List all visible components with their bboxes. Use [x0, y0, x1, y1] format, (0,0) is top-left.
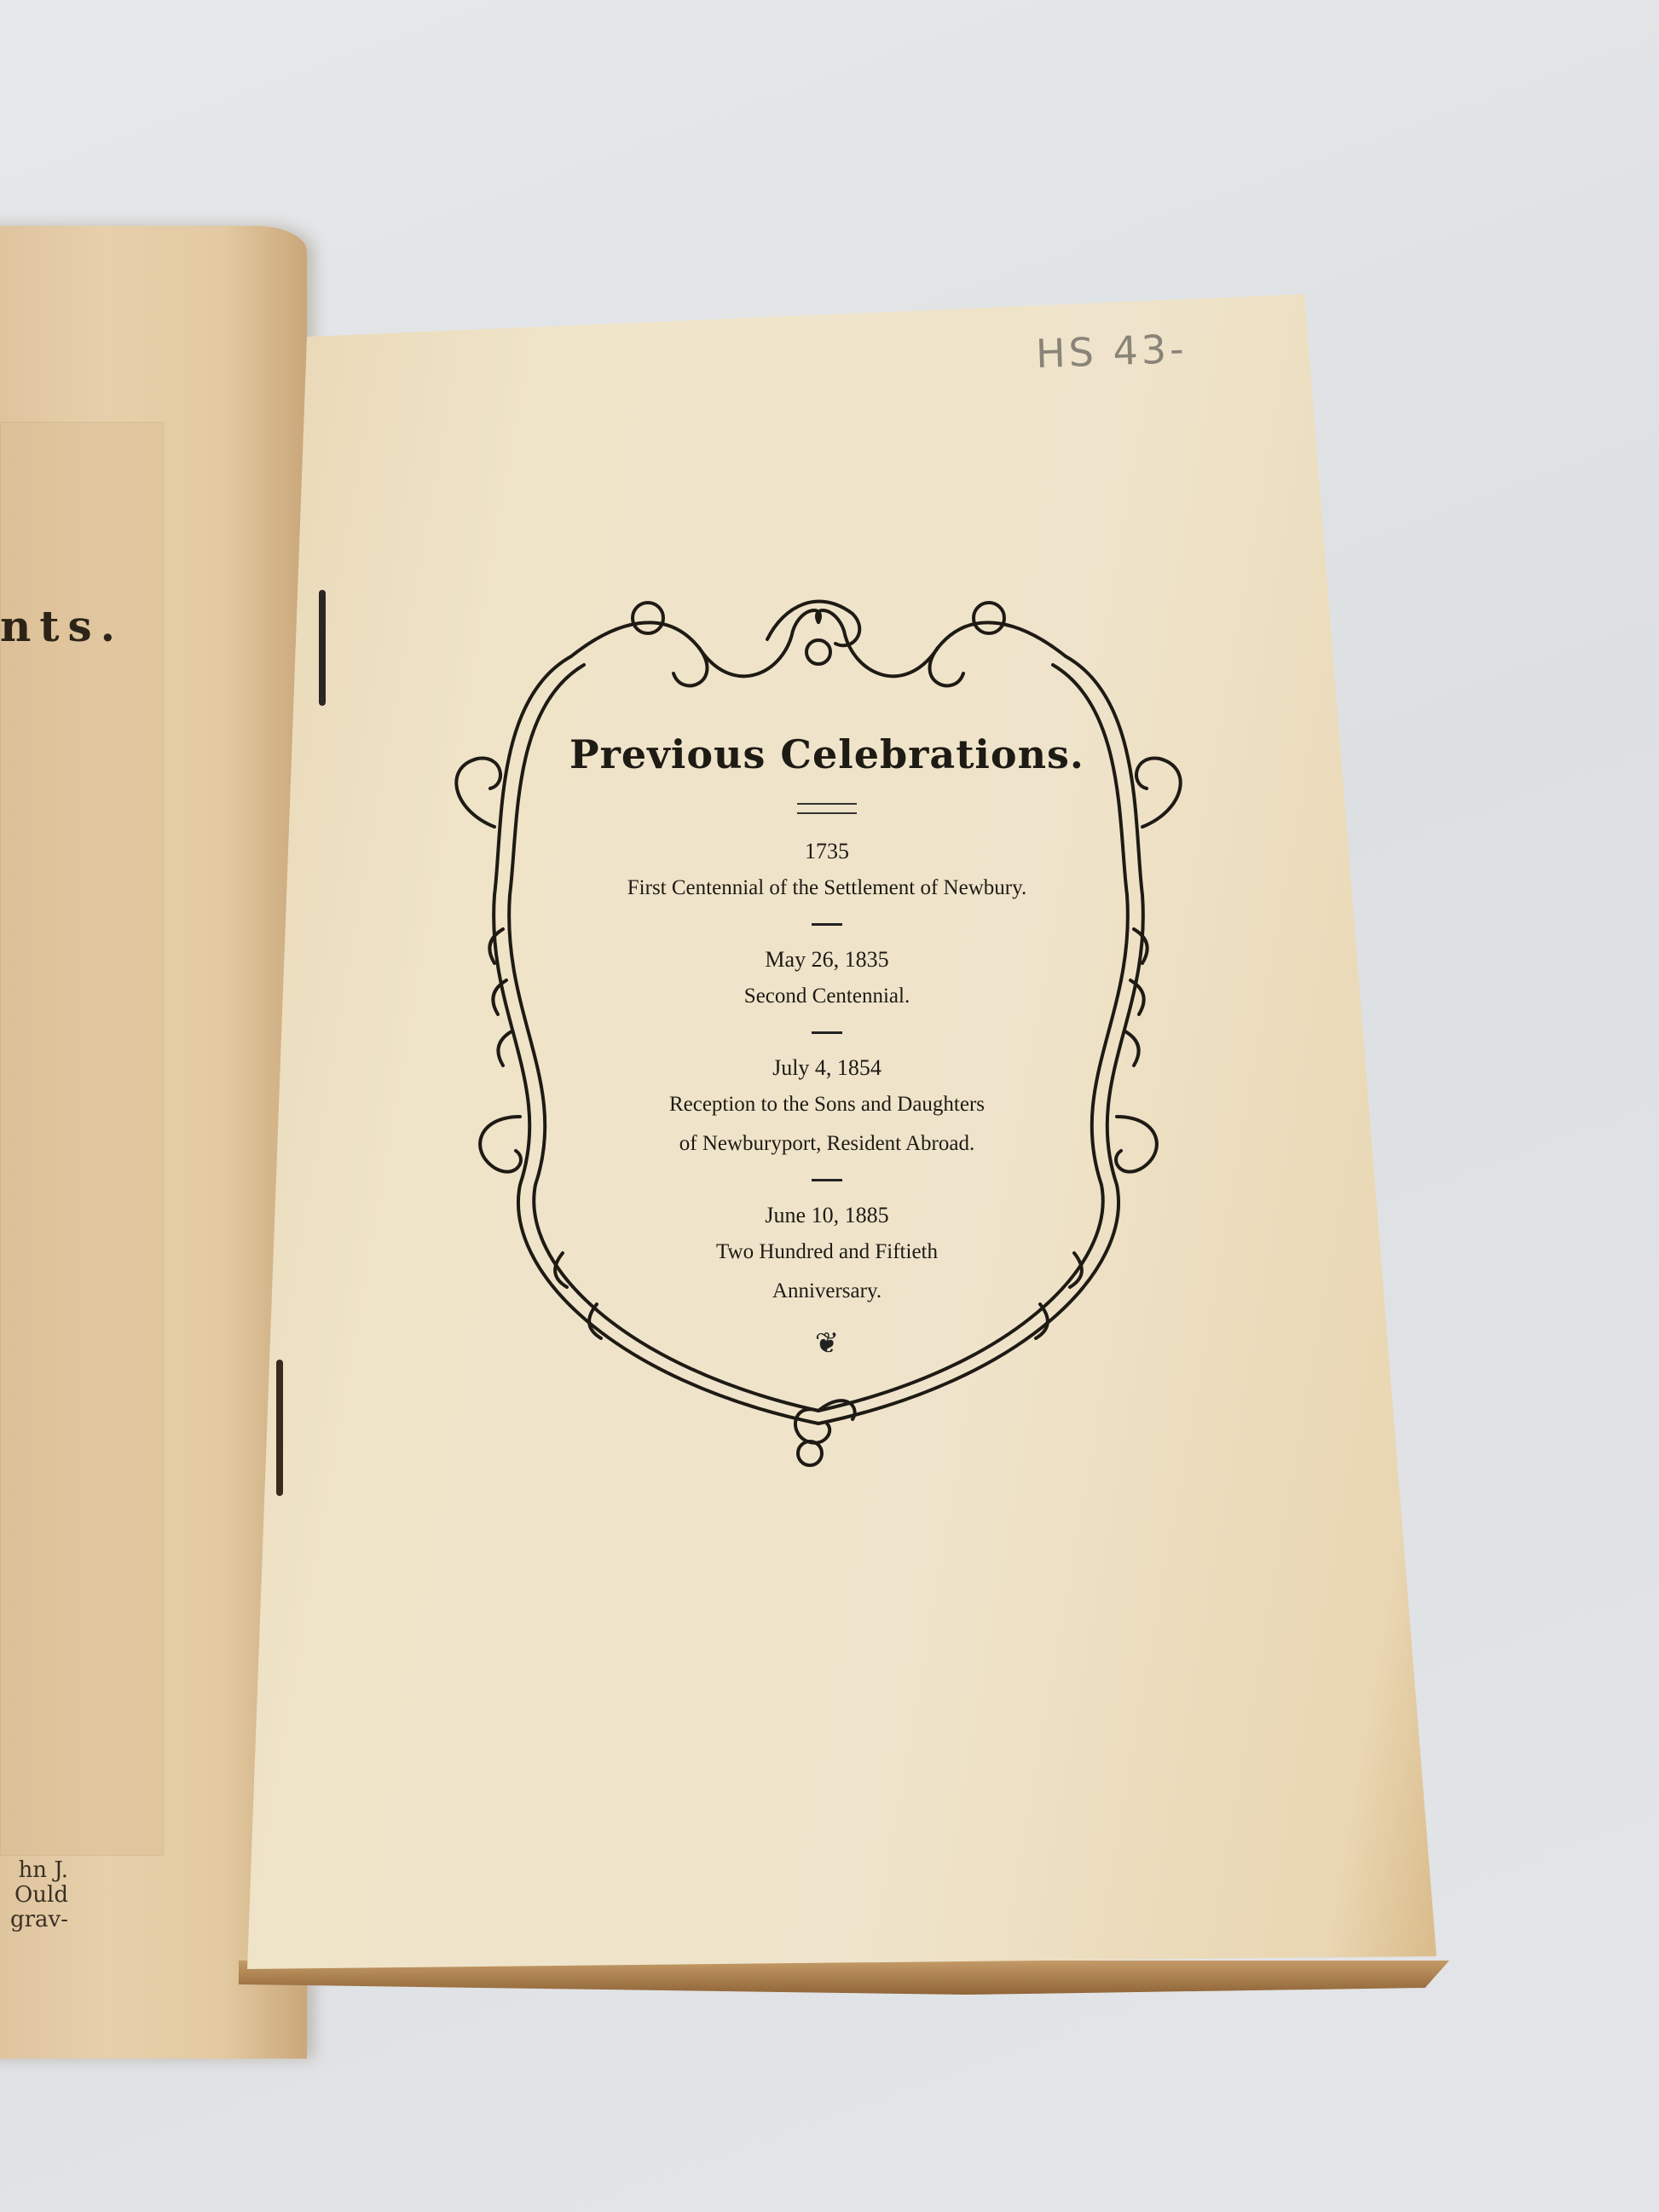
entry-description: Anniversary.: [546, 1272, 1108, 1311]
entry-date: July 4, 1854: [546, 1051, 1108, 1085]
left-page-text-fragments: hn J. Ould grav-: [0, 1858, 68, 1932]
title-double-rule: [797, 803, 857, 814]
photo-scene: nts. hn J. Ould grav- HS 43-: [0, 0, 1659, 2212]
entry-divider: [812, 923, 842, 926]
celebrations-list: Previous Celebrations. 1735 First Centen…: [546, 725, 1108, 1360]
staple-icon: [319, 590, 326, 706]
celebration-entry: July 4, 1854 Reception to the Sons and D…: [546, 1051, 1108, 1164]
entry-description: of Newburyport, Resident Abroad.: [546, 1124, 1108, 1164]
left-text-line: hn J.: [0, 1858, 68, 1883]
entry-divider: [812, 1031, 842, 1034]
entry-date: 1735: [546, 835, 1108, 869]
entry-description: Second Centennial.: [546, 977, 1108, 1016]
entry-date: May 26, 1835: [546, 943, 1108, 977]
fleuron-ornament-icon: ❦: [546, 1326, 1108, 1360]
celebration-entry: May 26, 1835 Second Centennial.: [546, 943, 1108, 1016]
handwritten-catalog-note: HS 43-: [1035, 326, 1188, 377]
left-text-line: grav-: [0, 1908, 68, 1932]
page-title: Previous Celebrations.: [546, 725, 1108, 784]
entry-description: Two Hundred and Fiftieth: [546, 1233, 1108, 1272]
left-page-heading-fragment: nts.: [0, 601, 124, 651]
entry-description: Reception to the Sons and Daughters: [546, 1085, 1108, 1124]
entry-description: First Centennial of the Settlement of Ne…: [546, 869, 1108, 908]
entry-divider: [812, 1179, 842, 1181]
celebration-entry: June 10, 1885 Two Hundred and Fiftieth A…: [546, 1198, 1108, 1311]
celebration-entry: 1735 First Centennial of the Settlement …: [546, 835, 1108, 908]
staple-icon: [276, 1360, 283, 1496]
entry-date: June 10, 1885: [546, 1198, 1108, 1233]
left-text-line: Ould: [0, 1883, 68, 1908]
